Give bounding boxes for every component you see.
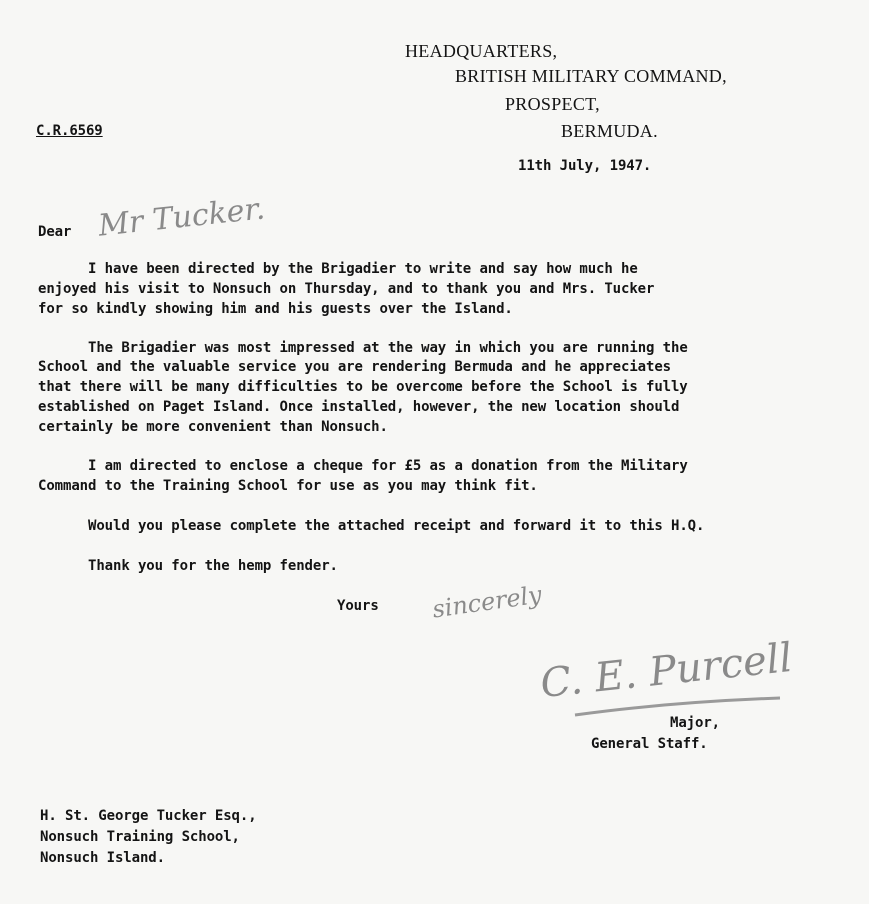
- paragraph-5-line-1: Thank you for the hemp fender.: [88, 558, 338, 574]
- paragraph-1-line-2: enjoyed his visit to Nonsuch on Thursday…: [38, 281, 654, 297]
- paragraph-2-line-1: The Brigadier was most impressed at the …: [88, 340, 688, 356]
- recipient-line-2: Nonsuch Training School,: [40, 829, 240, 845]
- handwritten-closing: sincerely: [431, 580, 544, 623]
- salutation: Dear: [38, 224, 71, 240]
- paragraph-3-line-2: Command to the Training School for use a…: [38, 478, 538, 494]
- signatory-title: General Staff.: [591, 736, 708, 752]
- letterhead-line-2: BRITISH MILITARY COMMAND,: [455, 66, 727, 87]
- paragraph-2-line-4: established on Paget Island. Once instal…: [38, 399, 679, 415]
- handwritten-salutation-name: Mr Tucker.: [97, 191, 267, 243]
- closing-word: Yours: [337, 598, 379, 614]
- letter-date: 11th July, 1947.: [518, 158, 651, 174]
- paragraph-1-line-1: I have been directed by the Brigadier to…: [88, 261, 638, 277]
- letterhead-line-1: HEADQUARTERS,: [405, 41, 557, 62]
- letterhead-line-4: BERMUDA.: [561, 121, 658, 142]
- paragraph-2-line-5: certainly be more convenient than Nonsuc…: [38, 419, 388, 435]
- paragraph-4-line-1: Would you please complete the attached r…: [88, 518, 704, 534]
- recipient-line-3: Nonsuch Island.: [40, 850, 165, 866]
- paragraph-3-line-1: I am directed to enclose a cheque for £5…: [88, 458, 688, 474]
- paragraph-2-line-2: School and the valuable service you are …: [38, 359, 671, 375]
- recipient-line-1: H. St. George Tucker Esq.,: [40, 808, 257, 824]
- reference-number: C.R.6569: [36, 123, 103, 139]
- signatory-rank: Major,: [670, 715, 720, 731]
- paragraph-1-line-3: for so kindly showing him and his guests…: [38, 301, 513, 317]
- letterhead-line-3: PROSPECT,: [505, 94, 600, 115]
- paragraph-2-line-3: that there will be many difficulties to …: [38, 379, 688, 395]
